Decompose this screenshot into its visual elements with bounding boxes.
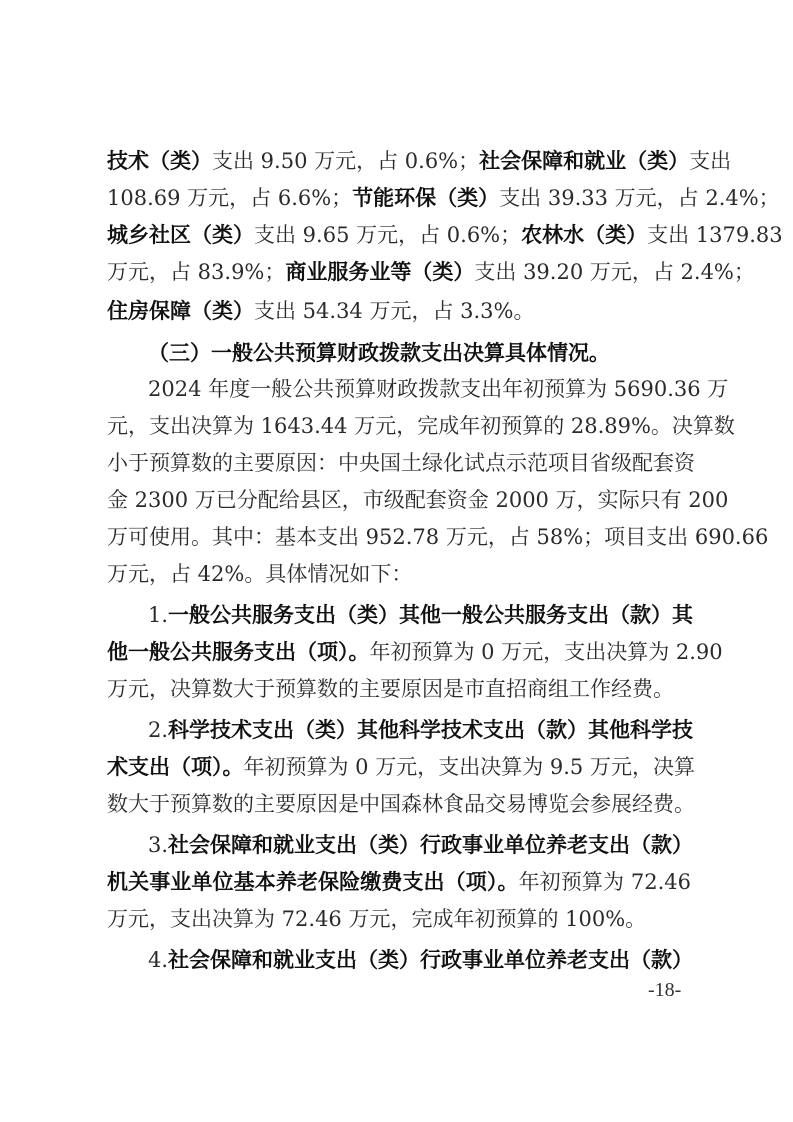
text-line: 万可使用。其中：基本支出 952.78 万元，占 58%；项目支出 690.66 — [107, 519, 691, 556]
item-title: 科学技术支出（类）其他科学技术支出（款）其他科学技 — [168, 718, 693, 742]
body-text: 支出 9.50 万元，占 0.6%； — [212, 149, 479, 173]
category-label: 技术（类） — [107, 149, 212, 173]
item-number: 2. — [148, 718, 168, 742]
body-text: 数大于预算数的主要原因是中国森林食品交易博览会参展经费。 — [107, 792, 695, 816]
body-text: 元，支出决算为 1643.44 万元，完成年初预算的 28.89%。决算数 — [107, 414, 735, 438]
text-line: 元，支出决算为 1643.44 万元，完成年初预算的 28.89%。决算数 — [107, 408, 691, 445]
body-text: 小于预算数的主要原因：中央国土绿化试点示范项目省级配套资 — [107, 451, 695, 475]
body-text: 年初预算为 0 万元，支出决算为 2.90 — [370, 640, 723, 664]
text-line: 万元，决算数大于预算数的主要原因是市直招商组工作经费。 — [107, 671, 691, 708]
text-line: 108.69 万元，占 6.6%；节能环保（类）支出 39.33 万元，占 2.… — [107, 180, 691, 217]
section-heading-text: （三）一般公共预算财政拨款支出决算具体情况。 — [148, 341, 610, 365]
body-text: 2024 年度一般公共预算财政拨款支出年初预算为 5690.36 万 — [148, 377, 728, 401]
text-line: 金 2300 万已分配给县区，市级配套资金 2000 万，实际只有 200 — [107, 482, 691, 519]
item-heading: 2.科学技术支出（类）其他科学技术支出（款）其他科学技 — [148, 712, 691, 749]
item-number: 3. — [148, 833, 168, 857]
text-line: 城乡社区（类）支出 9.65 万元，占 0.6%；农林水（类）支出 1379.8… — [107, 217, 691, 254]
text-line: 他一般公共服务支出（项）。年初预算为 0 万元，支出决算为 2.90 — [107, 634, 691, 671]
body-text: 金 2300 万已分配给县区，市级配套资金 2000 万，实际只有 200 — [107, 488, 728, 512]
item-title: 机关事业单位基本养老保险缴费支出（项）。 — [107, 870, 519, 894]
item-title: 他一般公共服务支出（项）。 — [107, 640, 370, 664]
category-label: 商业服务业等（类） — [285, 260, 474, 284]
item-number: 1. — [148, 603, 168, 627]
item-title: 社会保障和就业支出（类）行政事业单位养老支出（款） — [168, 948, 693, 972]
category-label: 农林水（类） — [521, 223, 647, 247]
item-title: 术支出（项）。 — [107, 755, 244, 779]
text-line: 万元，占 42%。具体情况如下： — [107, 556, 691, 593]
body-text: 万可使用。其中：基本支出 952.78 万元，占 58%；项目支出 690.66 — [107, 525, 768, 549]
body-text: 支出 1379.83 — [647, 223, 783, 247]
text-line: 小于预算数的主要原因：中央国土绿化试点示范项目省级配套资 — [107, 445, 691, 482]
text-line: 技术（类）支出 9.50 万元，占 0.6%；社会保障和就业（类）支出 — [107, 143, 691, 180]
text-line: 万元，占 83.9%；商业服务业等（类）支出 39.20 万元，占 2.4%； — [107, 254, 691, 291]
item-number: 4. — [148, 948, 168, 972]
body-text: 年初预算为 0 万元，支出决算为 9.5 万元，决算 — [244, 755, 695, 779]
section-heading: （三）一般公共预算财政拨款支出决算具体情况。 — [148, 335, 691, 372]
body-text: 支出 — [689, 149, 731, 173]
text-line: 2024 年度一般公共预算财政拨款支出年初预算为 5690.36 万 — [148, 371, 691, 408]
body-text: 支出 9.65 万元，占 0.6%； — [254, 223, 521, 247]
body-text: 年初预算为 72.46 — [519, 870, 691, 894]
text-line: 机关事业单位基本养老保险缴费支出（项）。年初预算为 72.46 — [107, 864, 691, 901]
body-text: 108.69 万元，占 6.6%； — [107, 186, 352, 210]
body-text: 万元，占 42%。具体情况如下： — [107, 562, 412, 586]
text-line: 术支出（项）。年初预算为 0 万元，支出决算为 9.5 万元，决算 — [107, 749, 691, 786]
body-text: 万元，决算数大于预算数的主要原因是市直招商组工作经费。 — [107, 677, 674, 701]
category-label: 社会保障和就业（类） — [479, 149, 689, 173]
body-text: 支出 54.34 万元，占 3.3%。 — [254, 299, 535, 323]
body-text: 支出 39.20 万元，占 2.4%； — [474, 260, 755, 284]
category-label: 住房保障（类） — [107, 299, 254, 323]
item-title: 社会保障和就业支出（类）行政事业单位养老支出（款） — [168, 833, 693, 857]
item-title: 一般公共服务支出（类）其他一般公共服务支出（款）其 — [168, 603, 693, 627]
text-line: 住房保障（类）支出 54.34 万元，占 3.3%。 — [107, 293, 691, 330]
page-number: -18- — [648, 975, 681, 1005]
body-text: 支出 39.33 万元，占 2.4%； — [499, 186, 780, 210]
text-line: 数大于预算数的主要原因是中国森林食品交易博览会参展经费。 — [107, 786, 691, 823]
document-page: 技术（类）支出 9.50 万元，占 0.6%；社会保障和就业（类）支出 108.… — [0, 0, 793, 1122]
item-heading: 3.社会保障和就业支出（类）行政事业单位养老支出（款） — [148, 827, 691, 864]
item-heading: 4.社会保障和就业支出（类）行政事业单位养老支出（款） — [148, 942, 691, 979]
category-label: 节能环保（类） — [352, 186, 499, 210]
category-label: 城乡社区（类） — [107, 223, 254, 247]
body-text: 万元，支出决算为 72.46 万元，完成年初预算的 100%。 — [107, 907, 646, 931]
body-text: 万元，占 83.9%； — [107, 260, 285, 284]
item-heading: 1.一般公共服务支出（类）其他一般公共服务支出（款）其 — [148, 597, 691, 634]
text-line: 万元，支出决算为 72.46 万元，完成年初预算的 100%。 — [107, 901, 691, 938]
